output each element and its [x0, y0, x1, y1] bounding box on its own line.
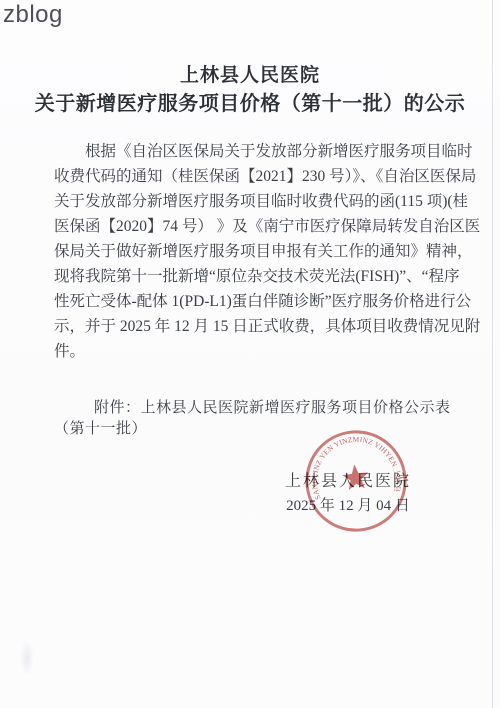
scan-artifact [20, 640, 34, 676]
paragraph-line: 根据《自治区医保局关于发放部分新增医疗服务项目临时 [54, 139, 452, 164]
document-page: zblog 上林县人民医院 关于新增医疗服务项目价格（第十一批）的公示 根据《自… [0, 0, 500, 708]
paragraph-line: 件。 [54, 339, 452, 364]
paragraph-line: 关于发放部分新增医疗服务项目临时收费代码的函(115 项)(桂 [54, 189, 452, 214]
star-icon [341, 463, 370, 490]
official-seal: SANGLINZ YEN YINZMINZ YIHYEN 上林县人民医院 [297, 422, 416, 541]
paragraph-line: 收费代码的通知（桂医保函【2021】230 号）》、《自治区医保局 [54, 164, 452, 189]
notice-subject: 关于新增医疗服务项目价格（第十一批）的公示 [0, 87, 500, 116]
watermark-logo: zblog [3, 1, 63, 29]
paragraph-line: 医保函【2020】74 号） 》及《南宁市医疗保障局转发自治区医 [54, 214, 452, 239]
paragraph-line: 性死亡受体-配体 1(PD-L1)蛋白伴随诊断”医疗服务价格进行公 [54, 289, 452, 314]
paragraph-line: 示，并于 2025 年 12 月 15 日正式收费，具体项目收费情况见附 [54, 314, 452, 339]
page-title: 上林县人民医院 [0, 60, 500, 87]
seal-ring-text: SANGLINZ YEN YINZMINZ YIHYEN 上林县人民医院 [297, 422, 404, 504]
paragraph-line: 现将我院第十一批新增“原位杂交技术荧光法(FISH)”、“程序 [54, 264, 452, 289]
paragraph-line: 保局关于做好新增医疗服务项目申报有关工作的通知》精神， [54, 239, 452, 264]
body-paragraph: 根据《自治区医保局关于发放部分新增医疗服务项目临时 收费代码的通知（桂医保函【2… [54, 139, 452, 364]
scanned-page-edge [492, 0, 493, 708]
